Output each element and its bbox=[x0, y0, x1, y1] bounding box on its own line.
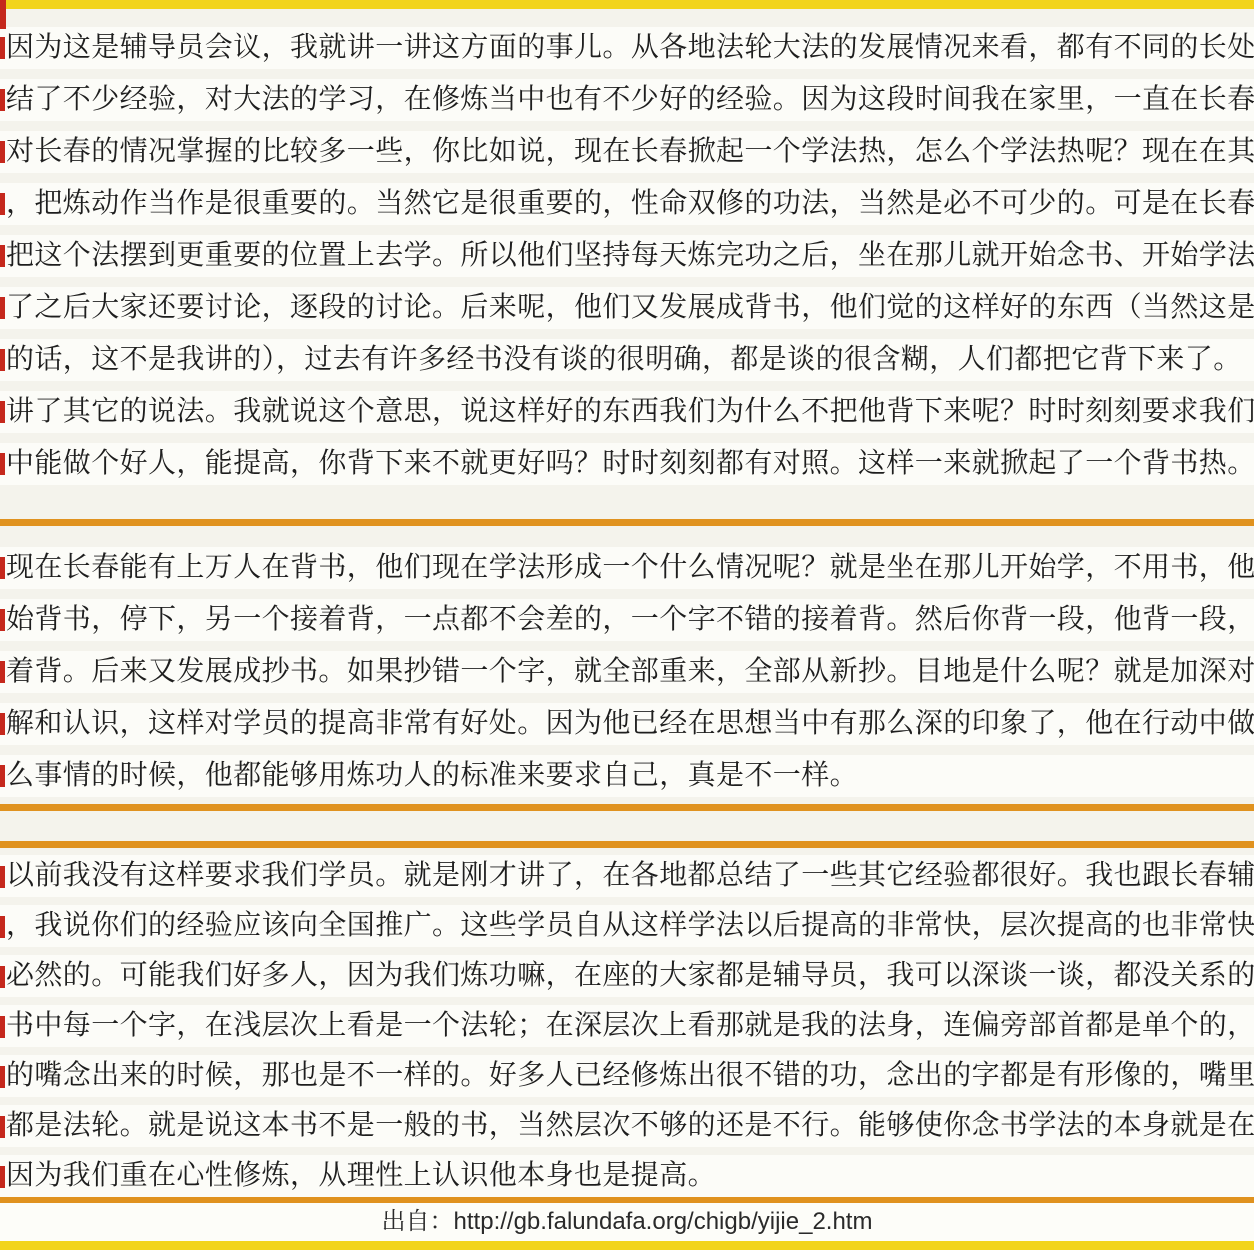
text-line: 着背。后来又发展成抄书。如果抄错一个字，就全部重来，全部从新抄。目地是什么呢？就… bbox=[0, 646, 1254, 698]
text-line: 讲了其它的说法。我就说这个意思，说这样好的东西我们为什么不把他背下来呢？时时刻刻… bbox=[0, 386, 1254, 438]
text-line: 的话，这不是我讲的），过去有许多经书没有谈的很明确，都是谈的很含糊，人们都把它背… bbox=[0, 334, 1254, 386]
text-line: 把这个法摆到更重要的位置上去学。所以他们坚持每天炼完功之后，坐在那儿就开始念书、… bbox=[0, 230, 1254, 282]
section-divider bbox=[0, 841, 1254, 848]
text-line: 解和认识，这样对学员的提高非常有好处。因为他已经在思想当中有那么深的印象了，他在… bbox=[0, 698, 1254, 750]
text-line: 么事情的时候，他都能够用炼功人的标准来要求自己，真是不一样。 bbox=[0, 750, 1254, 802]
paragraph-section-2: 现在长春能有上万人在背书，他们现在学法形成一个什么情况呢？就是坐在那儿开始学，不… bbox=[0, 542, 1254, 802]
text-line: 以前我没有这样要求我们学员。就是刚才讲了，在各地都总结了一些其它经验都很好。我也… bbox=[0, 851, 1254, 901]
text-line: ，把炼动作当作是很重要的。当然它是很重要的，性命双修的功法，当然是必不可少的。可… bbox=[0, 178, 1254, 230]
bottom-accent-bar bbox=[0, 1241, 1254, 1250]
document-page: 因为这是辅导员会议，我就讲一讲这方面的事儿。从各地法轮大法的发展情况来看，都有不… bbox=[0, 0, 1254, 1250]
text-line: 都是法轮。就是说这本书不是一般的书，当然层次不够的还是不行。能够使你念书学法的本… bbox=[0, 1101, 1254, 1151]
section-divider bbox=[0, 804, 1254, 811]
text-line: 现在长春能有上万人在背书，他们现在学法形成一个什么情况呢？就是坐在那儿开始学，不… bbox=[0, 542, 1254, 594]
text-line: 结了不少经验，对大法的学习，在修炼当中也有不少好的经验。因为这段时间我在家里，一… bbox=[0, 74, 1254, 126]
top-accent-bar bbox=[0, 0, 1254, 9]
source-citation: 出自：http://gb.falundafa.org/chigb/yijie_2… bbox=[0, 1203, 1254, 1241]
paragraph-section-3: 以前我没有这样要求我们学员。就是刚才讲了，在各地都总结了一些其它经验都很好。我也… bbox=[0, 851, 1254, 1201]
text-line: ，我说你们的经验应该向全国推广。这些学员自从这样学法以后提高的非常快，层次提高的… bbox=[0, 901, 1254, 951]
red-corner-mark bbox=[0, 0, 6, 29]
paragraph-section-1: 因为这是辅导员会议，我就讲一讲这方面的事儿。从各地法轮大法的发展情况来看，都有不… bbox=[0, 22, 1254, 490]
source-label: 出自： bbox=[382, 1208, 454, 1235]
text-line: 书中每一个字，在浅层次上看是一个法轮；在深层次上看那就是我的法身，连偏旁部首都是… bbox=[0, 1001, 1254, 1051]
text-line: 的嘴念出来的时候，那也是不一样的。好多人已经修炼出很不错的功，念出的字都是有形像… bbox=[0, 1051, 1254, 1101]
text-line: 必然的。可能我们好多人，因为我们炼功嘛，在座的大家都是辅导员，我可以深谈一谈，都… bbox=[0, 951, 1254, 1001]
text-line: 了之后大家还要讨论，逐段的讨论。后来呢，他们又发展成背书，他们觉的这样好的东西（… bbox=[0, 282, 1254, 334]
text-line: 中能做个好人，能提高，你背下来不就更好吗？时时刻刻都有对照。这样一来就掀起了一个… bbox=[0, 438, 1254, 490]
source-url: http://gb.falundafa.org/chigb/yijie_2.ht… bbox=[454, 1208, 873, 1235]
section-divider bbox=[0, 519, 1254, 526]
text-line: 对长春的情况掌握的比较多一些，你比如说，现在长春掀起一个学法热，怎么个学法热呢？… bbox=[0, 126, 1254, 178]
text-line: 因为这是辅导员会议，我就讲一讲这方面的事儿。从各地法轮大法的发展情况来看，都有不… bbox=[0, 22, 1254, 74]
text-line: 始背书，停下，另一个接着背，一点都不会差的，一个字不错的接着背。然后你背一段，他… bbox=[0, 594, 1254, 646]
text-line: 因为我们重在心性修炼，从理性上认识他本身也是提高。 bbox=[0, 1151, 1254, 1201]
